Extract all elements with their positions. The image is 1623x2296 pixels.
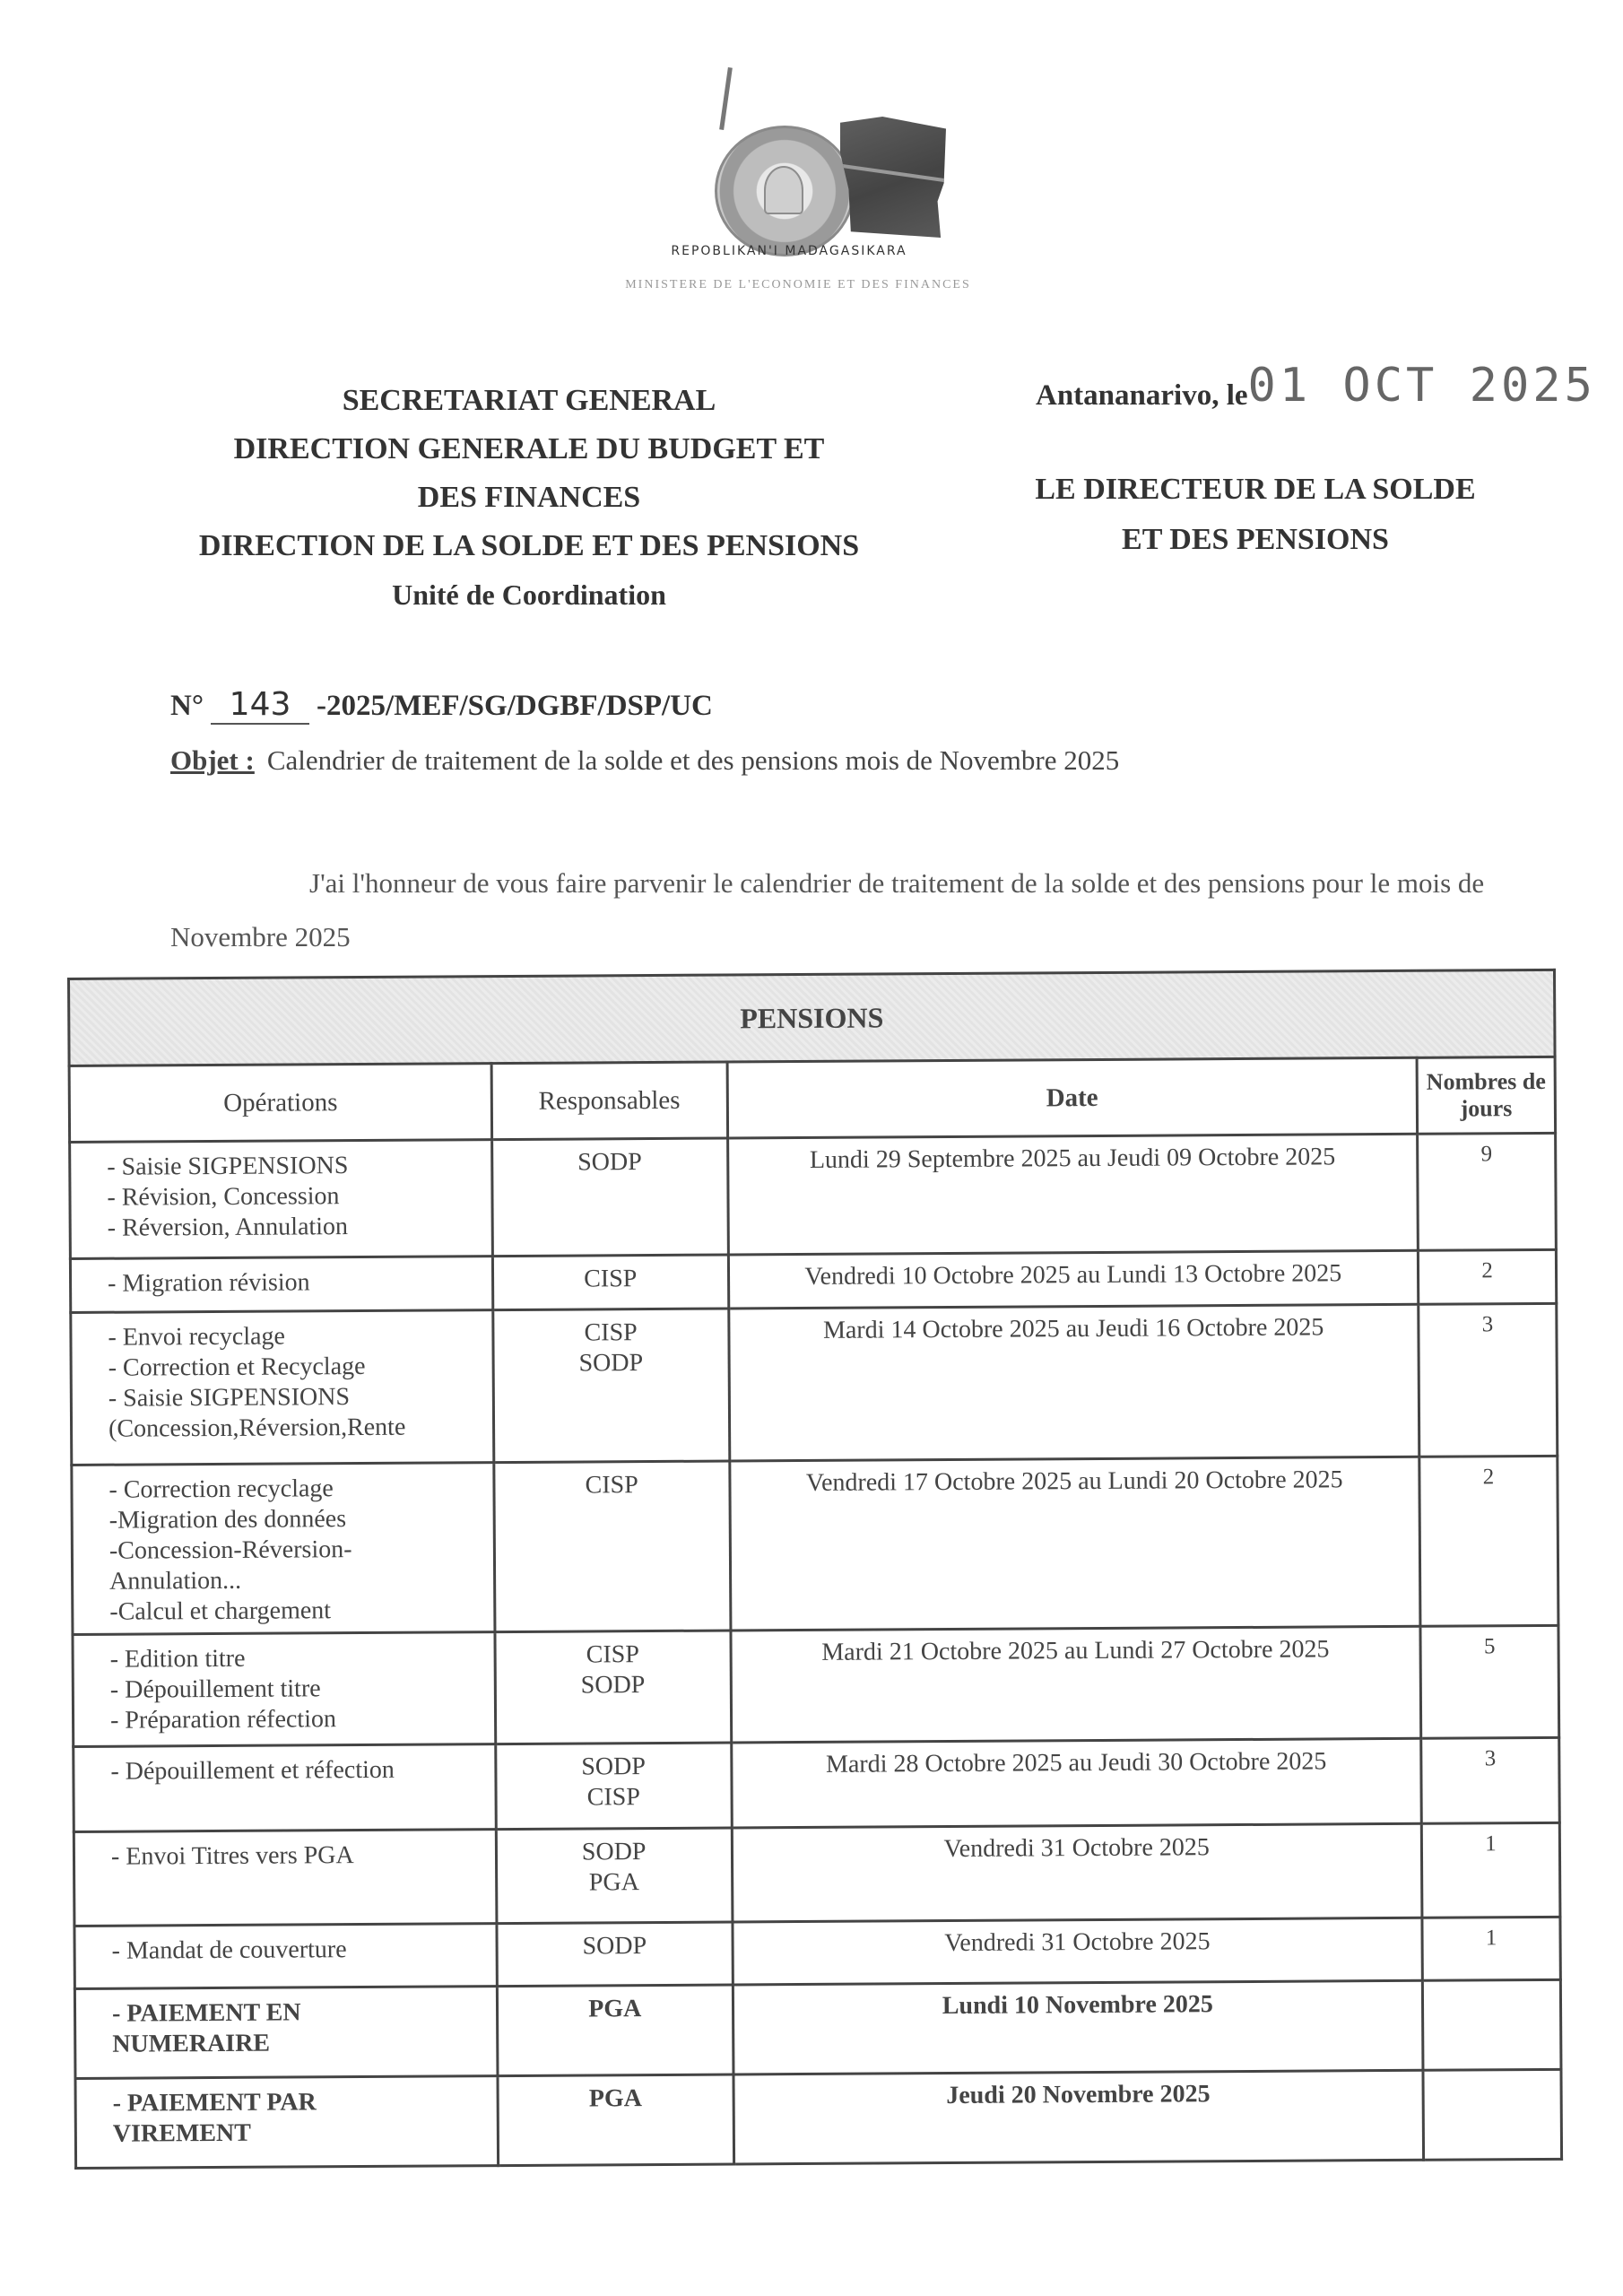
days-cell: 3 [1421, 1737, 1559, 1823]
responsable-item: PGA [499, 1867, 730, 1900]
responsables-cell: PGA [497, 1985, 733, 2076]
pensions-schedule-table: PENSIONS Opérations Responsables Date No… [67, 969, 1563, 2170]
responsable-item: SODP [498, 1670, 729, 1702]
responsable-item: SODP [498, 1752, 729, 1784]
responsable-item: PGA [499, 1994, 731, 2026]
reference-suffix: -2025/MEF/SG/DGBF/DSP/UC [317, 690, 713, 722]
operation-item: - PAIEMENT EN [112, 1996, 487, 2030]
days-cell: 3 [1419, 1303, 1558, 1457]
responsables-cell: CISPSODP [495, 1631, 731, 1744]
flag-pole-icon [719, 67, 733, 130]
operations-cell: - Mandat de couverture [74, 1924, 497, 1989]
operation-item: - Saisie SIGPENSIONS [107, 1150, 482, 1183]
ministry-name: MINISTERE DE L'ECONOMIE ET DES FINANCES [592, 278, 1004, 292]
operations-cell: - Edition titre- Dépouillement titre- Pr… [73, 1632, 496, 1747]
place-label: Antananarivo, le [1036, 379, 1248, 412]
operation-item: Annulation... [109, 1564, 484, 1597]
operation-item: - Edition titre [110, 1642, 485, 1675]
responsables-cell: PGA [498, 2074, 733, 2166]
days-cell [1422, 1979, 1560, 2070]
responsables-cell: CISPSODP [493, 1309, 730, 1463]
table-row: - Saisie SIGPENSIONS- Révision, Concessi… [70, 1133, 1557, 1258]
document-page: REPOBLIKAN'I MADAGASIKARA MINISTERE DE L… [0, 0, 1623, 2296]
reference-number: N°143-2025/MEF/SG/DGBF/DSP/UC [170, 686, 713, 725]
date-cell: Lundi 10 Novembre 2025 [733, 1980, 1423, 2074]
flag-icon [840, 117, 946, 238]
column-header-responsables: Responsables [491, 1062, 727, 1140]
operation-item: - Migration révision [108, 1266, 482, 1300]
responsables-cell: CISP [494, 1461, 731, 1632]
table-title: PENSIONS [69, 970, 1556, 1065]
signatory-title-line: ET DES PENSIONS [1004, 515, 1506, 565]
operations-cell: - Dépouillement et réfection [74, 1744, 496, 1832]
operation-item: - Dépouillement titre [110, 1673, 485, 1706]
handwritten-number: 143 [211, 686, 309, 725]
responsable-item: CISP [495, 1318, 726, 1350]
operation-item: -Calcul et chargement [109, 1595, 484, 1628]
operation-item: - Dépouillement et réfection [110, 1754, 485, 1787]
date-cell: Vendredi 17 Octobre 2025 au Lundi 20 Oct… [729, 1457, 1420, 1631]
date-cell: Vendredi 10 Octobre 2025 au Lundi 13 Oct… [728, 1250, 1419, 1309]
table-row: - Mandat de couvertureSODPVendredi 31 Oc… [74, 1917, 1560, 1988]
operation-item: VIREMENT [113, 2117, 488, 2150]
operations-cell: - Envoi recyclage- Correction et Recycla… [71, 1310, 494, 1465]
table-row: - Edition titre- Dépouillement titre- Pr… [73, 1625, 1559, 1746]
date-cell: Jeudi 20 Novembre 2025 [733, 2070, 1423, 2164]
operation-item: - Révision, Concession [107, 1180, 482, 1213]
national-seal-icon [715, 126, 855, 257]
operation-item: -Migration des données [109, 1503, 484, 1536]
operation-item: NUMERAIRE [112, 2027, 487, 2060]
subject-text: Calendrier de traitement de la solde et … [267, 744, 1119, 776]
republic-name: REPOBLIKAN'I MADAGASIKARA [628, 244, 950, 258]
column-header-operations: Opérations [69, 1064, 491, 1143]
subject-label: Objet : [170, 744, 255, 776]
reference-prefix: N° [170, 690, 204, 722]
date-cell: Mardi 28 Octobre 2025 au Jeudi 30 Octobr… [731, 1738, 1421, 1828]
body-paragraph: J'ai l'honneur de vous faire parvenir le… [170, 857, 1515, 964]
responsable-item: CISP [495, 1264, 726, 1296]
operations-cell: - PAIEMENT PARVIREMENT [75, 2076, 499, 2169]
responsable-item: SODP [499, 1837, 730, 1869]
signatory-title-block: LE DIRECTEUR DE LA SOLDE ET DES PENSIONS [1004, 465, 1506, 565]
days-cell [1423, 2069, 1561, 2160]
operation-item: - Envoi recyclage [108, 1320, 482, 1353]
operation-item: -Concession-Réversion- [109, 1534, 484, 1567]
operation-item: - Mandat de couverture [112, 1934, 487, 1967]
operation-item: - Envoi Titres vers PGA [111, 1839, 486, 1873]
date-cell: Vendredi 31 Octobre 2025 [732, 1823, 1422, 1922]
column-header-days: Nombres de jours [1417, 1057, 1555, 1134]
table-row: - Envoi Titres vers PGASODPPGAVendredi 3… [74, 1822, 1560, 1926]
department-line: DIRECTION GENERALE DU BUDGET ET [170, 425, 888, 474]
place-and-date: Antananarivo, le01 OCT 2025 [1036, 359, 1596, 413]
days-cell: 2 [1419, 1249, 1557, 1304]
department-line: SECRETARIAT GENERAL [170, 377, 888, 425]
operation-item: - Réversion, Annulation [108, 1211, 482, 1244]
table-body: - Saisie SIGPENSIONS- Révision, Concessi… [70, 1133, 1562, 2168]
table-row: - PAIEMENT ENNUMERAIREPGALundi 10 Novemb… [74, 1979, 1561, 2078]
table-row: - Correction recyclage-Migration des don… [72, 1456, 1558, 1634]
responsables-cell: SODPCISP [496, 1743, 732, 1830]
operations-cell: - Migration révision [70, 1257, 492, 1313]
coat-of-arms-emblem-icon [668, 63, 928, 256]
operations-cell: - PAIEMENT ENNUMERAIRE [74, 1987, 498, 2079]
operations-cell: - Saisie SIGPENSIONS- Révision, Concessi… [70, 1140, 493, 1259]
column-header-date: Date [727, 1057, 1418, 1138]
department-unit: Unité de Coordination [170, 570, 888, 619]
operation-item: (Concession,Réversion,Rente [108, 1412, 483, 1445]
date-cell: Mardi 14 Octobre 2025 au Jeudi 16 Octobr… [728, 1304, 1419, 1461]
department-line: DES FINANCES [170, 474, 888, 522]
responsables-cell: SODP [497, 1922, 733, 1987]
issuing-department-block: SECRETARIAT GENERAL DIRECTION GENERALE D… [170, 377, 888, 619]
date-cell: Mardi 21 Octobre 2025 au Lundi 27 Octobr… [730, 1626, 1420, 1743]
operation-item: - Préparation réfection [110, 1703, 485, 1736]
days-cell: 9 [1418, 1133, 1557, 1250]
date-cell: Lundi 29 Septembre 2025 au Jeudi 09 Octo… [727, 1134, 1418, 1255]
table-row: - Envoi recyclage- Correction et Recycla… [71, 1303, 1558, 1465]
responsable-item: SODP [495, 1348, 726, 1380]
body-text: J'ai l'honneur de vous faire parvenir le… [170, 867, 1484, 952]
table-row: - Migration révisionCISPVendredi 10 Octo… [70, 1249, 1556, 1312]
department-line: DIRECTION DE LA SOLDE ET DES PENSIONS [170, 522, 888, 570]
table-row: - Dépouillement et réfectionSODPCISPMard… [74, 1737, 1560, 1831]
subject-line: Objet :Calendrier de traitement de la so… [170, 744, 1119, 777]
table-row: - PAIEMENT PARVIREMENTPGAJeudi 20 Novemb… [75, 2069, 1562, 2168]
responsables-cell: SODPPGA [496, 1828, 732, 1924]
responsable-item: CISP [496, 1470, 727, 1502]
responsable-item: PGA [499, 2083, 731, 2116]
responsable-item: CISP [497, 1639, 728, 1672]
operation-item: - Correction et Recyclage [108, 1351, 483, 1384]
operation-item: - Correction recyclage [108, 1473, 483, 1506]
days-cell: 1 [1421, 1822, 1560, 1918]
responsables-cell: CISP [492, 1255, 728, 1310]
days-cell: 1 [1422, 1917, 1560, 1980]
operation-item: - Saisie SIGPENSIONS [108, 1381, 483, 1414]
date-cell: Vendredi 31 Octobre 2025 [732, 1918, 1422, 1985]
responsable-item: CISP [498, 1782, 729, 1814]
responsable-item: SODP [499, 1931, 730, 1963]
signatory-title-line: LE DIRECTEUR DE LA SOLDE [1004, 465, 1506, 515]
operation-item: - PAIEMENT PAR [113, 2086, 488, 2119]
operations-cell: - Correction recyclage-Migration des don… [72, 1463, 495, 1635]
responsable-item: SODP [494, 1147, 725, 1179]
responsables-cell: SODP [492, 1138, 728, 1257]
date-stamp: 01 OCT 2025 [1248, 359, 1596, 413]
operations-cell: - Envoi Titres vers PGA [74, 1830, 497, 1926]
days-cell: 5 [1420, 1625, 1559, 1738]
days-cell: 2 [1419, 1456, 1558, 1626]
